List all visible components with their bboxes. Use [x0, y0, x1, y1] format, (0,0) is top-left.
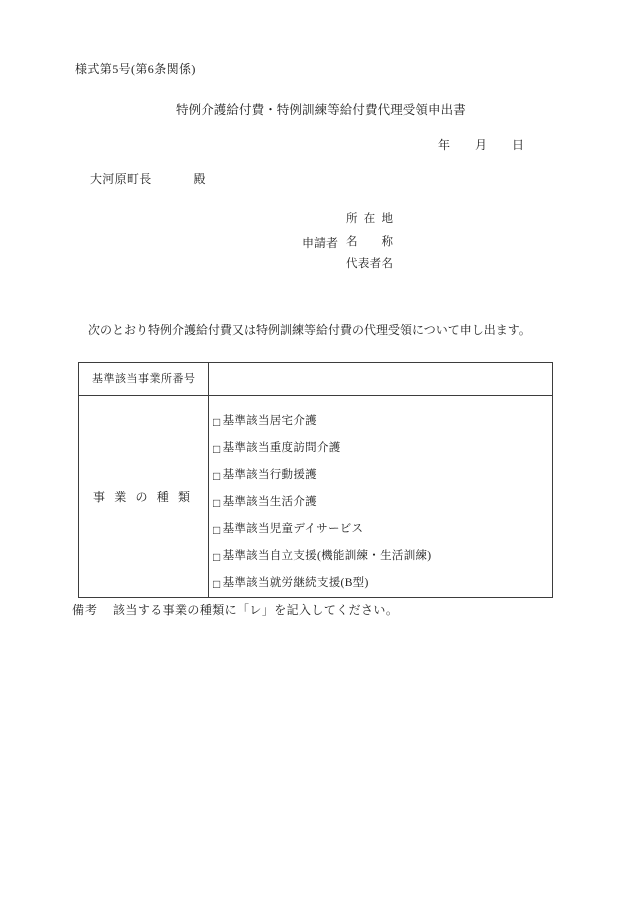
checkbox-label: 基準該当重度訪問介護 — [223, 443, 341, 455]
note-text: 該当する事業の種類に「レ」を記入してください。 — [113, 603, 398, 617]
applicant-field-address: 所在地 — [346, 214, 393, 226]
office-number-label: 基準該当事業所番号 — [79, 374, 196, 385]
office-number-row: 基準該当事業所番号 — [79, 363, 552, 396]
document-title: 特例介護給付費・特例訓練等給付費代理受領申出書 — [176, 104, 466, 117]
checkbox-icon: □ — [213, 524, 221, 536]
checkbox-item: □ 基準該当就労継続支援(B型) — [213, 570, 552, 597]
office-number-label-cell: 基準該当事業所番号 — [79, 363, 209, 395]
checkbox-item: □ 基準該当行動援護 — [213, 462, 552, 489]
checkbox-icon: □ — [213, 578, 221, 590]
checkbox-item: □ 基準該当自立支援(機能訓練・生活訓練) — [213, 543, 552, 570]
application-table: 基準該当事業所番号 事業の種類 □ 基準該当居宅介護 □ 基準該当重度訪問介護 … — [78, 362, 553, 598]
note-line: 備考該当する事業の種類に「レ」を記入してください。 — [72, 604, 398, 616]
day-label: 日 — [512, 139, 524, 151]
applicant-field-name: 名称 — [346, 237, 393, 249]
date-line: 年 月 日 — [438, 139, 524, 151]
applicant-label: 申請者 — [302, 237, 338, 249]
addressee-line: 大河原町長殿 — [90, 173, 206, 185]
note-label: 備考 — [72, 603, 98, 617]
checkbox-item: □ 基準該当重度訪問介護 — [213, 435, 552, 462]
checkbox-icon: □ — [213, 470, 221, 482]
checkbox-icon: □ — [213, 416, 221, 428]
checkbox-label: 基準該当児童デイサービス — [223, 524, 364, 536]
document-page: 様式第5号(第6条関係) 特例介護給付費・特例訓練等給付費代理受領申出書 年 月… — [0, 0, 630, 903]
month-label: 月 — [475, 139, 487, 151]
checkbox-item: □ 基準該当生活介護 — [213, 489, 552, 516]
checkbox-icon: □ — [213, 551, 221, 563]
office-number-value — [209, 363, 552, 395]
checkbox-item: □ 基準該当児童デイサービス — [213, 516, 552, 543]
checkbox-item: □ 基準該当居宅介護 — [213, 408, 552, 435]
checkbox-label: 基準該当就労継続支援(B型) — [223, 578, 369, 590]
checkbox-label: 基準該当行動援護 — [223, 470, 317, 482]
applicant-field-representative: 代表者名 — [346, 259, 393, 271]
business-type-row: 事業の種類 □ 基準該当居宅介護 □ 基準該当重度訪問介護 □ 基準該当行動援護… — [79, 396, 552, 597]
checkbox-label: 基準該当自立支援(機能訓練・生活訓練) — [223, 551, 432, 563]
checkbox-label: 基準該当居宅介護 — [223, 416, 317, 428]
business-type-list: □ 基準該当居宅介護 □ 基準該当重度訪問介護 □ 基準該当行動援護 □ 基準該… — [209, 396, 552, 597]
checkbox-label: 基準該当生活介護 — [223, 497, 317, 509]
statement-text: 次のとおり特例介護給付費又は特例訓練等給付費の代理受領について申し出ます。 — [88, 324, 531, 336]
addressee-honorific: 殿 — [194, 172, 206, 186]
form-number: 様式第5号(第6条関係) — [75, 63, 196, 75]
year-label: 年 — [438, 139, 450, 151]
checkbox-icon: □ — [213, 497, 221, 509]
checkbox-icon: □ — [213, 443, 221, 455]
business-type-label: 事業の種類 — [93, 491, 190, 503]
addressee-name: 大河原町長 — [90, 172, 152, 186]
business-type-label-cell: 事業の種類 — [79, 396, 209, 597]
